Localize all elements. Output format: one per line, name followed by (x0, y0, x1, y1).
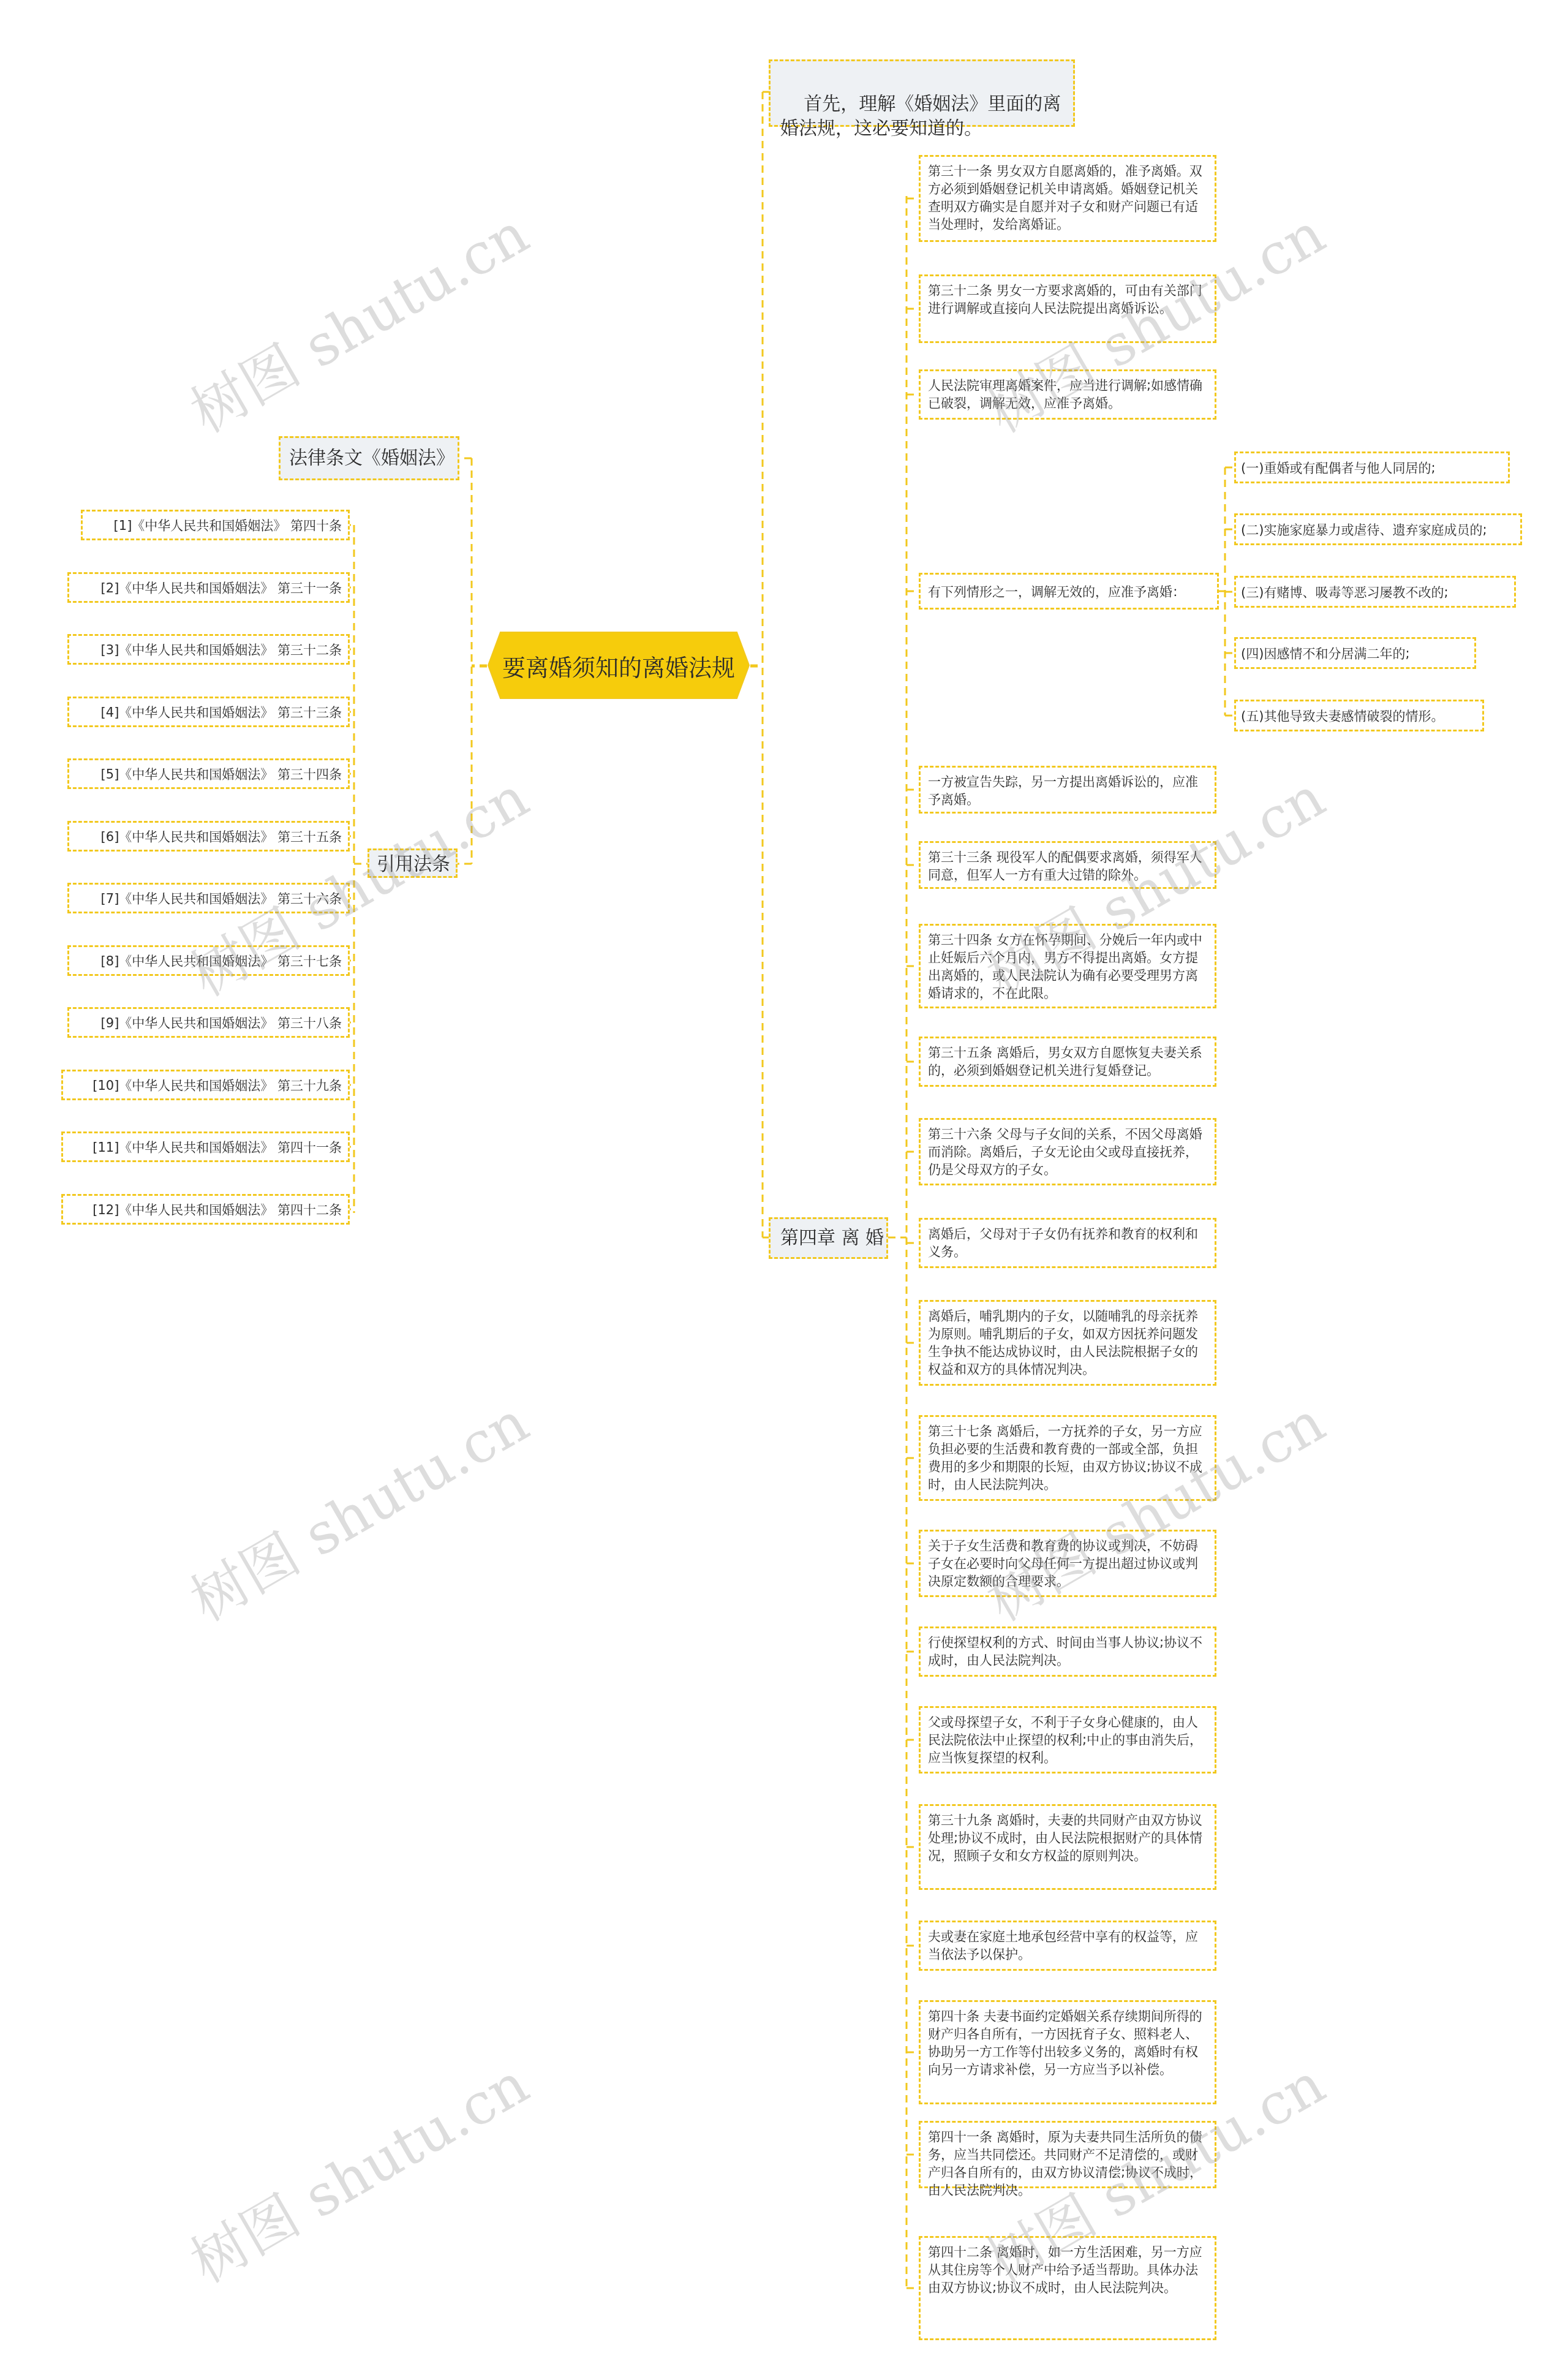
article-node[interactable]: 第四十二条 离婚时，如一方生活困难，另一方应从其住房等个人财产中给予适当帮助。具… (919, 2236, 1216, 2340)
law-text-node[interactable]: 法律条文《婚姻法》 (279, 436, 459, 480)
article-node-text: 人民法院审理离婚案件，应当进行调解;如感情确已破裂，调解无效，应准予离婚。 (928, 378, 1202, 410)
citation-item-text: [6]《中华人民共和国婚姻法》 第三十五条 (101, 829, 342, 844)
article-node-text: 父或母探望子女，不利于子女身心健康的，由人民法院依法中止探望的权利;中止的事由消… (928, 1715, 1202, 1765)
citation-item-text: [12]《中华人民共和国婚姻法》 第四十二条 (92, 1203, 342, 1217)
article-node-text: 关于子女生活费和教育费的协议或判决，不妨碍子女在必要时向父母任何一方提出超过协议… (928, 1538, 1198, 1589)
article-node[interactable]: 第三十七条 离婚后，一方抚养的子女，另一方应负担必要的生活费和教育费的一部或全部… (919, 1415, 1216, 1501)
ground-item-text: (四)因感情不和分居满二年的; (1241, 646, 1409, 661)
article-node-text: 第三十九条 离婚时，夫妻的共同财产由双方协议处理;协议不成时，由人民法院根据财产… (928, 1813, 1202, 1863)
article-node-text: 第三十四条 女方在怀孕期间、分娩后一年内或中止妊娠后六个月内，男方不得提出离婚。… (928, 932, 1202, 1000)
citation-item-text: [4]《中华人民共和国婚姻法》 第三十三条 (101, 705, 342, 720)
article-node[interactable]: 第三十二条 男女一方要求离婚的，可由有关部门进行调解或直接向人民法院提出离婚诉讼… (919, 274, 1216, 343)
ground-item[interactable]: (三)有赌博、吸毒等恶习屡教不改的; (1234, 576, 1516, 608)
article-node[interactable]: 第三十四条 女方在怀孕期间、分娩后一年内或中止妊娠后六个月内，男方不得提出离婚。… (919, 924, 1216, 1008)
watermark-text: 树图 shutu.cn (174, 2040, 541, 2299)
citations-node[interactable]: 引用法条 (367, 848, 458, 878)
article-node-text: 第三十二条 男女一方要求离婚的，可由有关部门进行调解或直接向人民法院提出离婚诉讼… (928, 283, 1202, 315)
article-node-text: 第四十条 夫妻书面约定婚姻关系存续期间所得的财产归各自所有，一方因抚育子女、照料… (928, 2009, 1202, 2077)
grounds-parent-node[interactable]: 有下列情形之一，调解无效的，应准予离婚： (919, 573, 1219, 610)
ground-item[interactable]: (二)实施家庭暴力或虐待、遗弃家庭成员的; (1234, 513, 1522, 545)
article-node-text: 夫或妻在家庭土地承包经营中享有的权益等，应当依法予以保护。 (928, 1929, 1198, 1962)
root-node[interactable]: 要离婚须知的离婚法规 (487, 631, 750, 700)
ground-item-text: (五)其他导致夫妻感情破裂的情形。 (1241, 709, 1444, 723)
chapter-label: 第四章 离 婚 (780, 1227, 884, 1249)
mind-map-canvas: 要离婚须知的离婚法规 首先，理解《婚姻法》里面的离婚法规，这必要知道的。 第四章… (0, 0, 1568, 2380)
article-node-text: 第三十五条 离婚后，男女双方自愿恢复夫妻关系的，必须到婚姻登记机关进行复婚登记。 (928, 1045, 1202, 1078)
citation-item[interactable]: [1]《中华人民共和国婚姻法》 第四十条 (81, 510, 350, 540)
citation-item-text: [8]《中华人民共和国婚姻法》 第三十七条 (101, 954, 342, 969)
citation-item-text: [9]《中华人民共和国婚姻法》 第三十八条 (101, 1016, 342, 1030)
article-node[interactable]: 人民法院审理离婚案件，应当进行调解;如感情确已破裂，调解无效，应准予离婚。 (919, 369, 1216, 420)
article-node[interactable]: 第三十三条 现役军人的配偶要求离婚，须得军人同意，但军人一方有重大过错的除外。 (919, 841, 1216, 889)
article-node[interactable]: 关于子女生活费和教育费的协议或判决，不妨碍子女在必要时向父母任何一方提出超过协议… (919, 1530, 1216, 1597)
citation-item-text: [1]《中华人民共和国婚姻法》 第四十条 (114, 518, 342, 533)
article-node-text: 第四十一条 离婚时，原为夫妻共同生活所负的债务，应当共同偿还。共同财产不足清偿的… (928, 2129, 1202, 2197)
article-node[interactable]: 第三十五条 离婚后，男女双方自愿恢复夫妻关系的，必须到婚姻登记机关进行复婚登记。 (919, 1037, 1216, 1087)
watermark-text: 树图 shutu.cn (174, 190, 541, 448)
citation-item[interactable]: [4]《中华人民共和国婚姻法》 第三十三条 (67, 697, 350, 727)
intro-node[interactable]: 首先，理解《婚姻法》里面的离婚法规，这必要知道的。 (769, 59, 1075, 127)
citation-item[interactable]: [9]《中华人民共和国婚姻法》 第三十八条 (67, 1007, 350, 1038)
chapter-node[interactable]: 第四章 离 婚 (769, 1217, 888, 1259)
article-node-text: 一方被宣告失踪，另一方提出离婚诉讼的，应准予离婚。 (928, 774, 1198, 807)
article-node[interactable]: 一方被宣告失踪，另一方提出离婚诉讼的，应准予离婚。 (919, 766, 1216, 814)
citation-item-text: [3]《中华人民共和国婚姻法》 第三十二条 (101, 643, 342, 657)
article-node-text: 离婚后，父母对于子女仍有抚养和教育的权利和义务。 (928, 1226, 1198, 1259)
citation-item-text: [2]《中华人民共和国婚姻法》 第三十一条 (101, 581, 342, 595)
article-node[interactable]: 夫或妻在家庭土地承包经营中享有的权益等，应当依法予以保护。 (919, 1921, 1216, 1971)
ground-item[interactable]: (一)重婚或有配偶者与他人同居的; (1234, 451, 1510, 483)
citation-item[interactable]: [8]《中华人民共和国婚姻法》 第三十七条 (67, 945, 350, 976)
article-node[interactable]: 行使探望权利的方式、时间由当事人协议;协议不成时，由人民法院判决。 (919, 1626, 1216, 1677)
article-node[interactable]: 父或母探望子女，不利于子女身心健康的，由人民法院依法中止探望的权利;中止的事由消… (919, 1706, 1216, 1774)
citation-item-text: [7]《中华人民共和国婚姻法》 第三十六条 (101, 891, 342, 906)
citation-item[interactable]: [7]《中华人民共和国婚姻法》 第三十六条 (67, 883, 350, 913)
article-node-text: 离婚后，哺乳期内的子女，以随哺乳的母亲抚养为原则。哺乳期后的子女，如双方因抚养问… (928, 1309, 1198, 1377)
citation-item[interactable]: [3]《中华人民共和国婚姻法》 第三十二条 (67, 634, 350, 665)
article-node[interactable]: 第四十条 夫妻书面约定婚姻关系存续期间所得的财产归各自所有，一方因抚育子女、照料… (919, 2000, 1216, 2104)
article-node-text: 第三十一条 男女双方自愿离婚的，准予离婚。双方必须到婚姻登记机关申请离婚。婚姻登… (928, 164, 1202, 232)
article-node[interactable]: 第四十一条 离婚时，原为夫妻共同生活所负的债务，应当共同偿还。共同财产不足清偿的… (919, 2121, 1216, 2188)
citation-item[interactable]: [5]《中华人民共和国婚姻法》 第三十四条 (67, 758, 350, 789)
article-node-text: 第三十三条 现役军人的配偶要求离婚，须得军人同意，但军人一方有重大过错的除外。 (928, 850, 1202, 882)
article-node[interactable]: 离婚后，父母对于子女仍有抚养和教育的权利和义务。 (919, 1218, 1216, 1268)
citation-item[interactable]: [11]《中华人民共和国婚姻法》 第四十一条 (61, 1131, 350, 1162)
article-node-text: 第四十二条 离婚时，如一方生活困难，另一方应从其住房等个人财产中给予适当帮助。具… (928, 2245, 1202, 2295)
citation-item-text: [10]《中华人民共和国婚姻法》 第三十九条 (92, 1078, 342, 1093)
article-node[interactable]: 第三十六条 父母与子女间的关系，不因父母离婚而消除。离婚后，子女无论由父或母直接… (919, 1118, 1216, 1185)
ground-item-text: (三)有赌博、吸毒等恶习屡教不改的; (1241, 585, 1448, 600)
connector-lines (0, 0, 1568, 2380)
citation-item[interactable]: [10]《中华人民共和国婚姻法》 第三十九条 (61, 1070, 350, 1100)
law-text-label: 法律条文《婚姻法》 (289, 447, 454, 469)
citations-label: 引用法条 (377, 853, 450, 875)
citation-item[interactable]: [6]《中华人民共和国婚姻法》 第三十五条 (67, 821, 350, 852)
citation-item-text: [11]《中华人民共和国婚姻法》 第四十一条 (92, 1140, 342, 1155)
ground-item[interactable]: (五)其他导致夫妻感情破裂的情形。 (1234, 700, 1484, 731)
ground-item-text: (二)实施家庭暴力或虐待、遗弃家庭成员的; (1241, 523, 1487, 537)
watermark-text: 树图 shutu.cn (174, 1378, 541, 1637)
article-node-text: 行使探望权利的方式、时间由当事人协议;协议不成时，由人民法院判决。 (928, 1635, 1202, 1668)
citation-item-text: [5]《中华人民共和国婚姻法》 第三十四条 (101, 767, 342, 782)
ground-item[interactable]: (四)因感情不和分居满二年的; (1234, 637, 1476, 669)
intro-text: 首先，理解《婚姻法》里面的离婚法规，这必要知道的。 (780, 93, 1061, 139)
article-node[interactable]: 第三十九条 离婚时，夫妻的共同财产由双方协议处理;协议不成时，由人民法院根据财产… (919, 1804, 1216, 1890)
article-node[interactable]: 第三十一条 男女双方自愿离婚的，准予离婚。双方必须到婚姻登记机关申请离婚。婚姻登… (919, 155, 1216, 242)
ground-item-text: (一)重婚或有配偶者与他人同居的; (1241, 461, 1435, 475)
citation-item[interactable]: [2]《中华人民共和国婚姻法》 第三十一条 (67, 572, 350, 603)
article-node[interactable]: 离婚后，哺乳期内的子女，以随哺乳的母亲抚养为原则。哺乳期后的子女，如双方因抚养问… (919, 1300, 1216, 1386)
grounds-parent-node-text: 有下列情形之一，调解无效的，应准予离婚： (928, 584, 1185, 599)
citation-item[interactable]: [12]《中华人民共和国婚姻法》 第四十二条 (61, 1194, 350, 1225)
root-title: 要离婚须知的离婚法规 (502, 649, 735, 682)
article-node-text: 第三十七条 离婚后，一方抚养的子女，另一方应负担必要的生活费和教育费的一部或全部… (928, 1424, 1202, 1492)
article-node-text: 第三十六条 父母与子女间的关系，不因父母离婚而消除。离婚后，子女无论由父或母直接… (928, 1127, 1202, 1177)
